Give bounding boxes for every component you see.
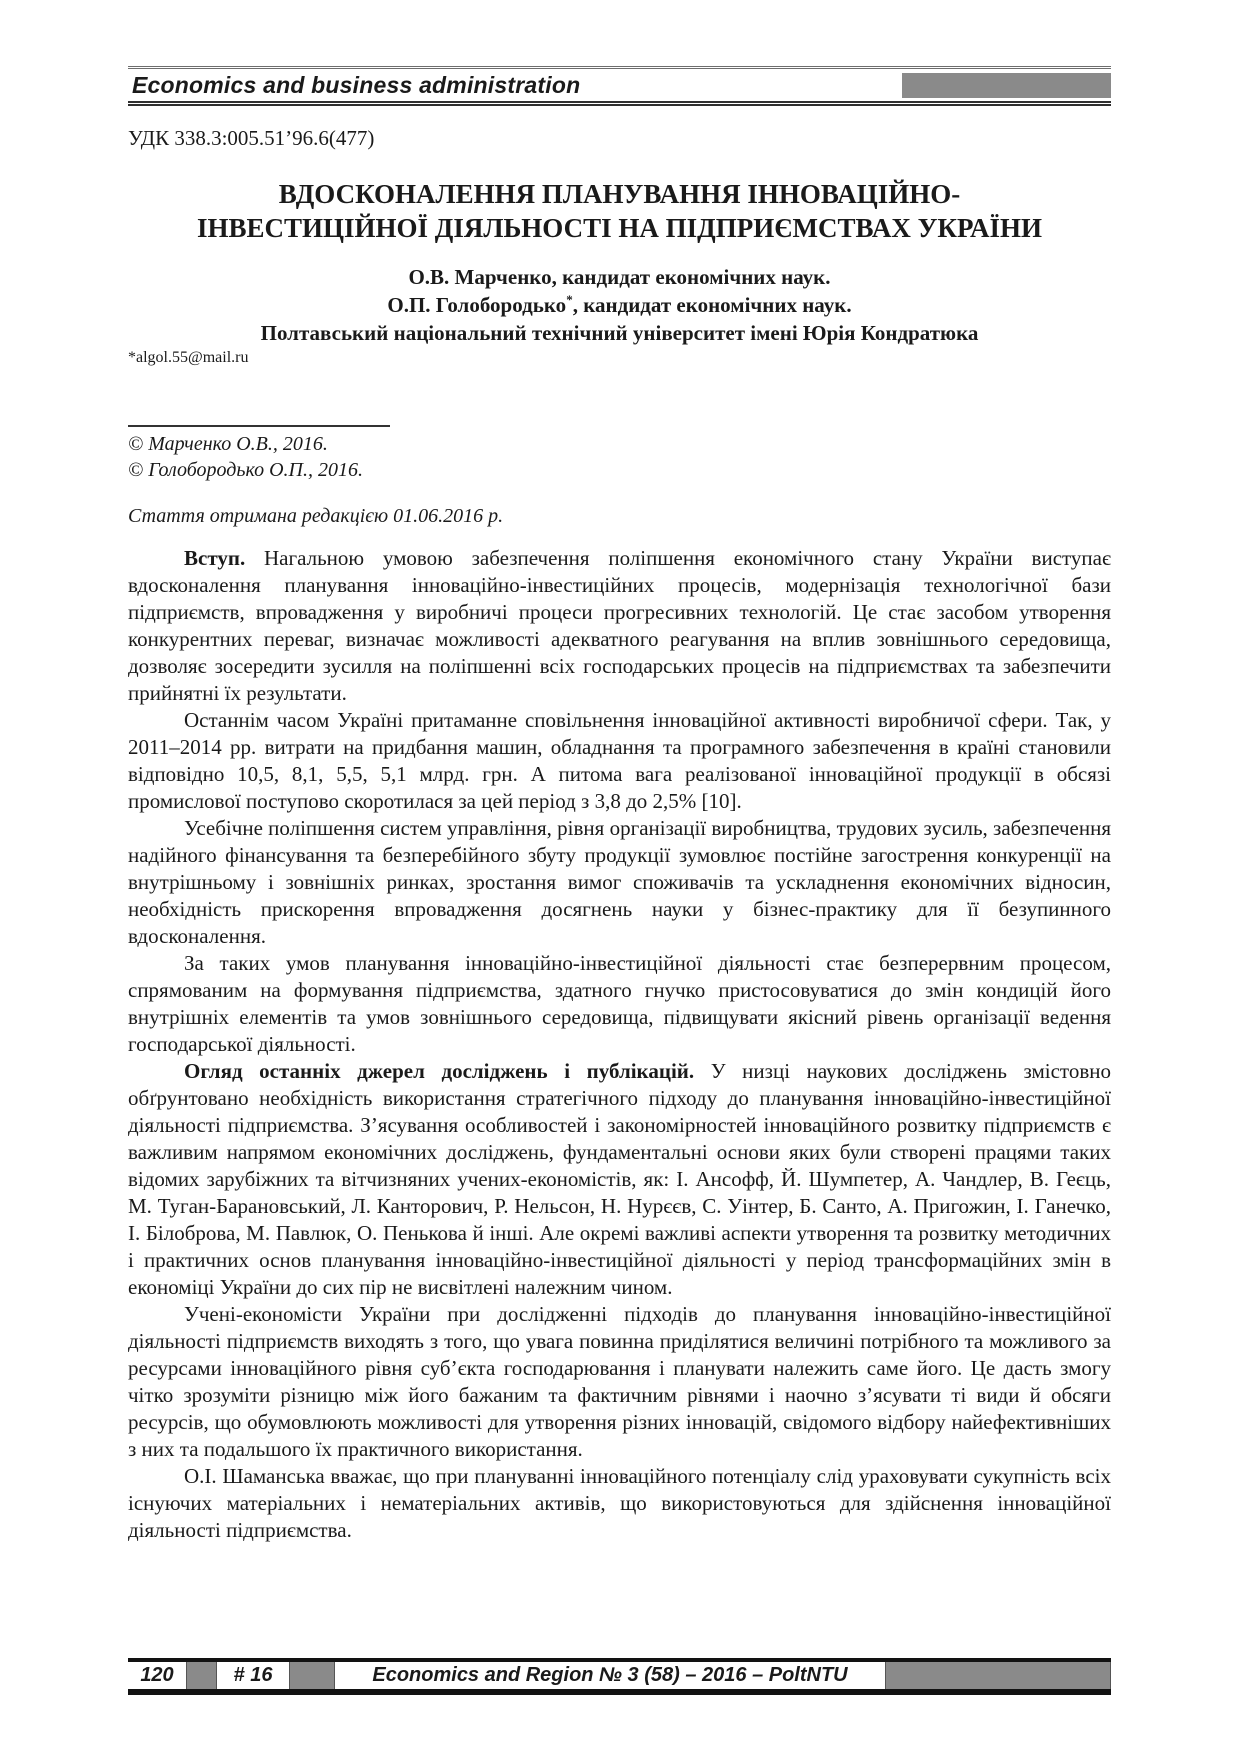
footer-gray-block [885,1662,1111,1689]
affiliation: Полтавський національний технічний уніве… [128,319,1111,347]
section-heading-sources-review: Огляд останніх джерел досліджень і публі… [184,1059,694,1083]
paragraph-text: Усебічне поліпшення систем управління, р… [128,816,1111,948]
journal-section-title: Economics and business administration [128,72,580,99]
authors-block: О.В. Марченко, кандидат економічних наук… [128,263,1111,347]
body-paragraph: За таких умов планування інноваційно-інв… [128,950,1111,1058]
footnote-rule [128,425,390,427]
copyright-line-2: © Голобородько О.П., 2016. [128,457,1111,483]
body-paragraph-sources-review: Огляд останніх джерел досліджень і публі… [128,1058,1111,1301]
author-email-note: *algol.55@mail.ru [128,349,1111,367]
paragraph-text: У низці наукових досліджень змістовно об… [128,1059,1111,1299]
paragraph-text: Нагальною умовою забезпечення поліпшення… [128,546,1111,705]
running-header: Economics and business administration [128,66,1111,106]
header-gray-block [902,73,1111,98]
section-heading-intro: Вступ. [184,546,245,570]
footer-gray-block [289,1662,335,1689]
body-paragraph: Останнім часом Україні притаманне сповіл… [128,707,1111,815]
body-paragraph: Учені-економісти України при дослідженні… [128,1301,1111,1463]
footer-row: 120 # 16 Economics and Region № 3 (58) –… [128,1662,1111,1689]
body-paragraph: О.І. Шаманська вважає, що при плануванні… [128,1463,1111,1544]
paragraph-text: Останнім часом Україні притаманне сповіл… [128,708,1111,813]
author-line-1: О.В. Марченко, кандидат економічних наук… [128,263,1111,291]
paragraph-text: О.І. Шаманська вважає, що при плануванні… [128,1464,1111,1542]
body-paragraph: Усебічне поліпшення систем управління, р… [128,815,1111,950]
issue-number: # 16 [217,1662,289,1689]
footer-gray-block [186,1662,217,1689]
journal-page: { "header": { "journal_section": "Econom… [0,0,1241,1754]
author-2-name: О.П. Голобородько [387,293,566,317]
received-date-note: Стаття отримана редакцією 01.06.2016 р. [128,505,1111,528]
article-body: Вступ. Нагальною умовою забезпечення пол… [128,545,1111,1544]
copyright-block: © Марченко О.В., 2016. © Голобородько О.… [128,431,1111,483]
author-2-degree: , кандидат економічних наук. [573,293,852,317]
copyright-line-1: © Марченко О.В., 2016. [128,431,1111,457]
page-footer: 120 # 16 Economics and Region № 3 (58) –… [128,1658,1111,1695]
page-content: Economics and business administration УД… [128,0,1111,1544]
paragraph-text: За таких умов планування інноваційно-інв… [128,951,1111,1056]
udc-code: УДК 338.3:005.51’96.6(477) [128,126,1111,151]
body-paragraph-intro: Вступ. Нагальною умовою забезпечення пол… [128,545,1111,707]
article-title: ВДОСКОНАЛЕННЯ ПЛАНУВАННЯ ІННОВАЦІЙНО- ІН… [128,177,1111,245]
author-line-2: О.П. Голобородько*, кандидат економічних… [128,291,1111,319]
page-number: 120 [128,1662,186,1689]
paragraph-text: Учені-економісти України при дослідженні… [128,1302,1111,1461]
footer-journal-title: Economics and Region № 3 (58) – 2016 – P… [335,1662,885,1689]
